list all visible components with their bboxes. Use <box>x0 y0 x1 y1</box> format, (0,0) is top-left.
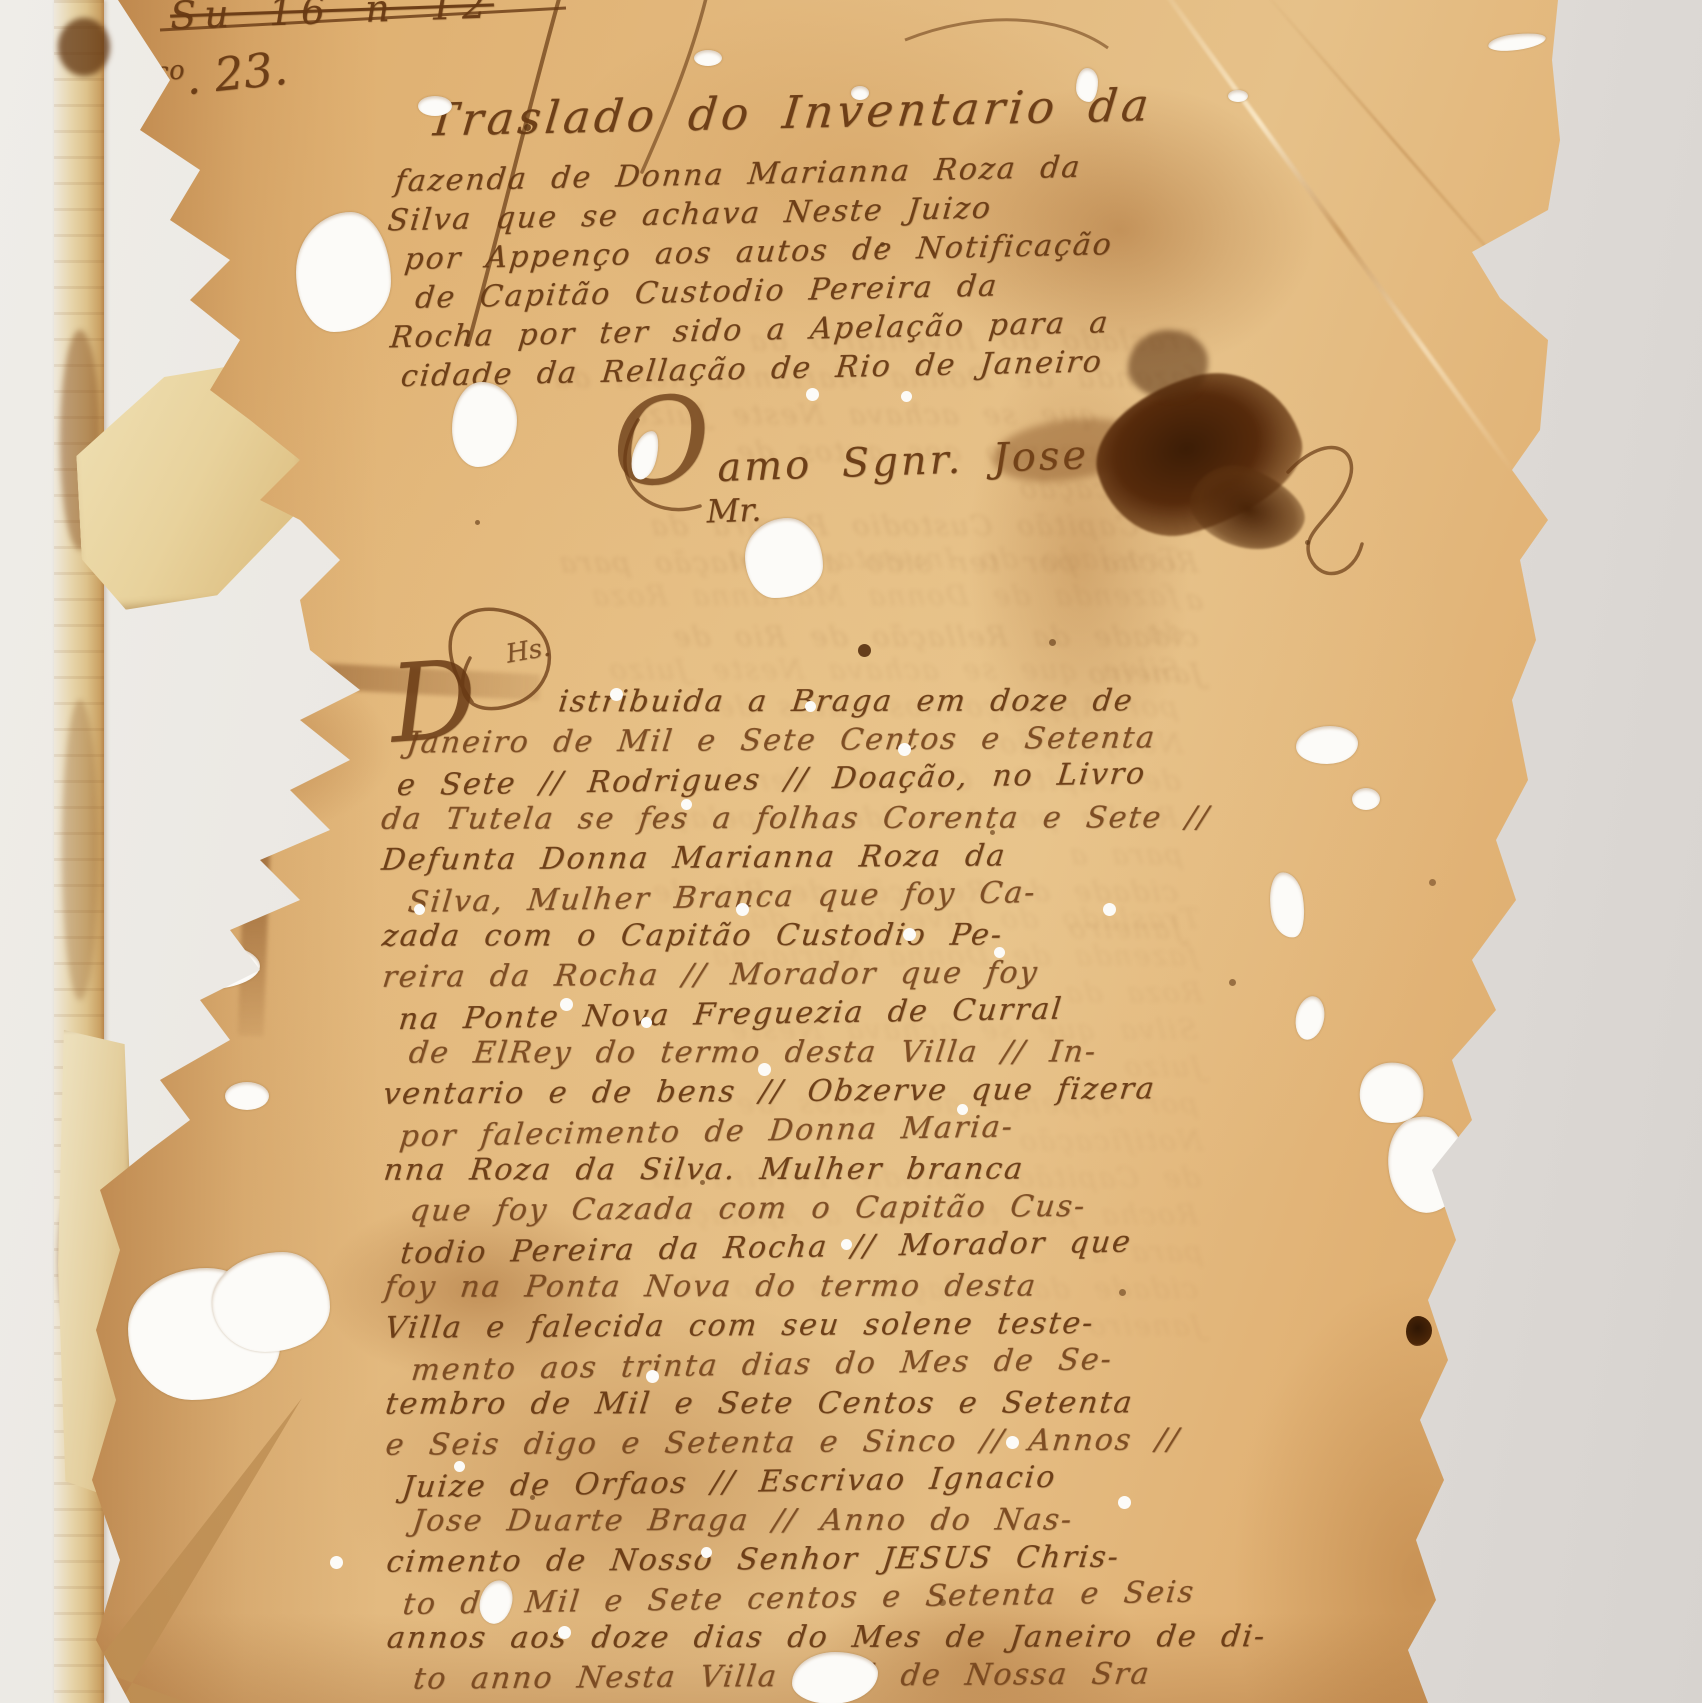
ink-dot <box>1406 1316 1432 1346</box>
ghost-line: Traslado do Inventario da <box>558 540 1183 577</box>
title-line: Traslado do Inventario da <box>423 64 1189 162</box>
file-number: . 23. <box>183 41 290 105</box>
ink-blot <box>1128 330 1208 400</box>
body-line: tembro de Mil e Sete Centos e Setenta <box>383 1383 1188 1423</box>
paper-hole <box>1076 68 1098 102</box>
body-line: foy na Ponta Nova do termo desta <box>382 1266 1187 1306</box>
paper-hole <box>745 518 823 598</box>
struck-archive-mark: Su 16 n 12 <box>169 0 494 38</box>
paper-hole <box>1352 788 1380 810</box>
body-line: istribuida a Braga em doze de <box>378 681 1183 721</box>
paper-hole <box>1296 726 1358 764</box>
body-line: da Tutela se fes a folhas Corenta e Sete… <box>379 798 1184 838</box>
ink-dot <box>858 644 871 657</box>
body-line: zada com o Capitão Custodio Pe- <box>380 915 1185 955</box>
paper-hole <box>296 212 391 332</box>
paper-hole <box>1228 90 1248 102</box>
body-line: Jose Duarte Braga // Anno do Nas- <box>410 1500 1189 1540</box>
paper-hole <box>452 382 517 467</box>
manuscript-photo: Traslado do Inventario dafazenda de Donn… <box>0 0 1702 1703</box>
body-line: de ElRey do termo desta Villa // In- <box>407 1032 1186 1072</box>
paper-hole <box>1265 870 1310 941</box>
body-line: annos aos doze dias do Mes de Janeiro de… <box>385 1617 1190 1657</box>
body-line: nna Roza da Silva. Mulher branca <box>382 1149 1187 1189</box>
title-block: Traslado do Inventario dafazenda de Donn… <box>385 64 1191 397</box>
ghost-line: fazenda de Donna Marianna Roza da <box>555 577 1184 651</box>
paper-hole <box>418 96 452 116</box>
binding-stain <box>58 18 110 76</box>
binding-stain <box>62 700 98 1000</box>
paper-hole <box>1292 994 1329 1043</box>
body-text-block: istribuida a Braga em doze deJaneiro de … <box>380 679 1187 1699</box>
paper-hole <box>851 86 869 100</box>
paper-hole <box>694 50 722 66</box>
signature-initial: O <box>610 371 713 513</box>
signature-subscript: Mr. <box>706 491 762 531</box>
paper-hole <box>1487 30 1547 54</box>
paper-hole <box>212 1252 330 1352</box>
paper-hole <box>225 1082 269 1110</box>
